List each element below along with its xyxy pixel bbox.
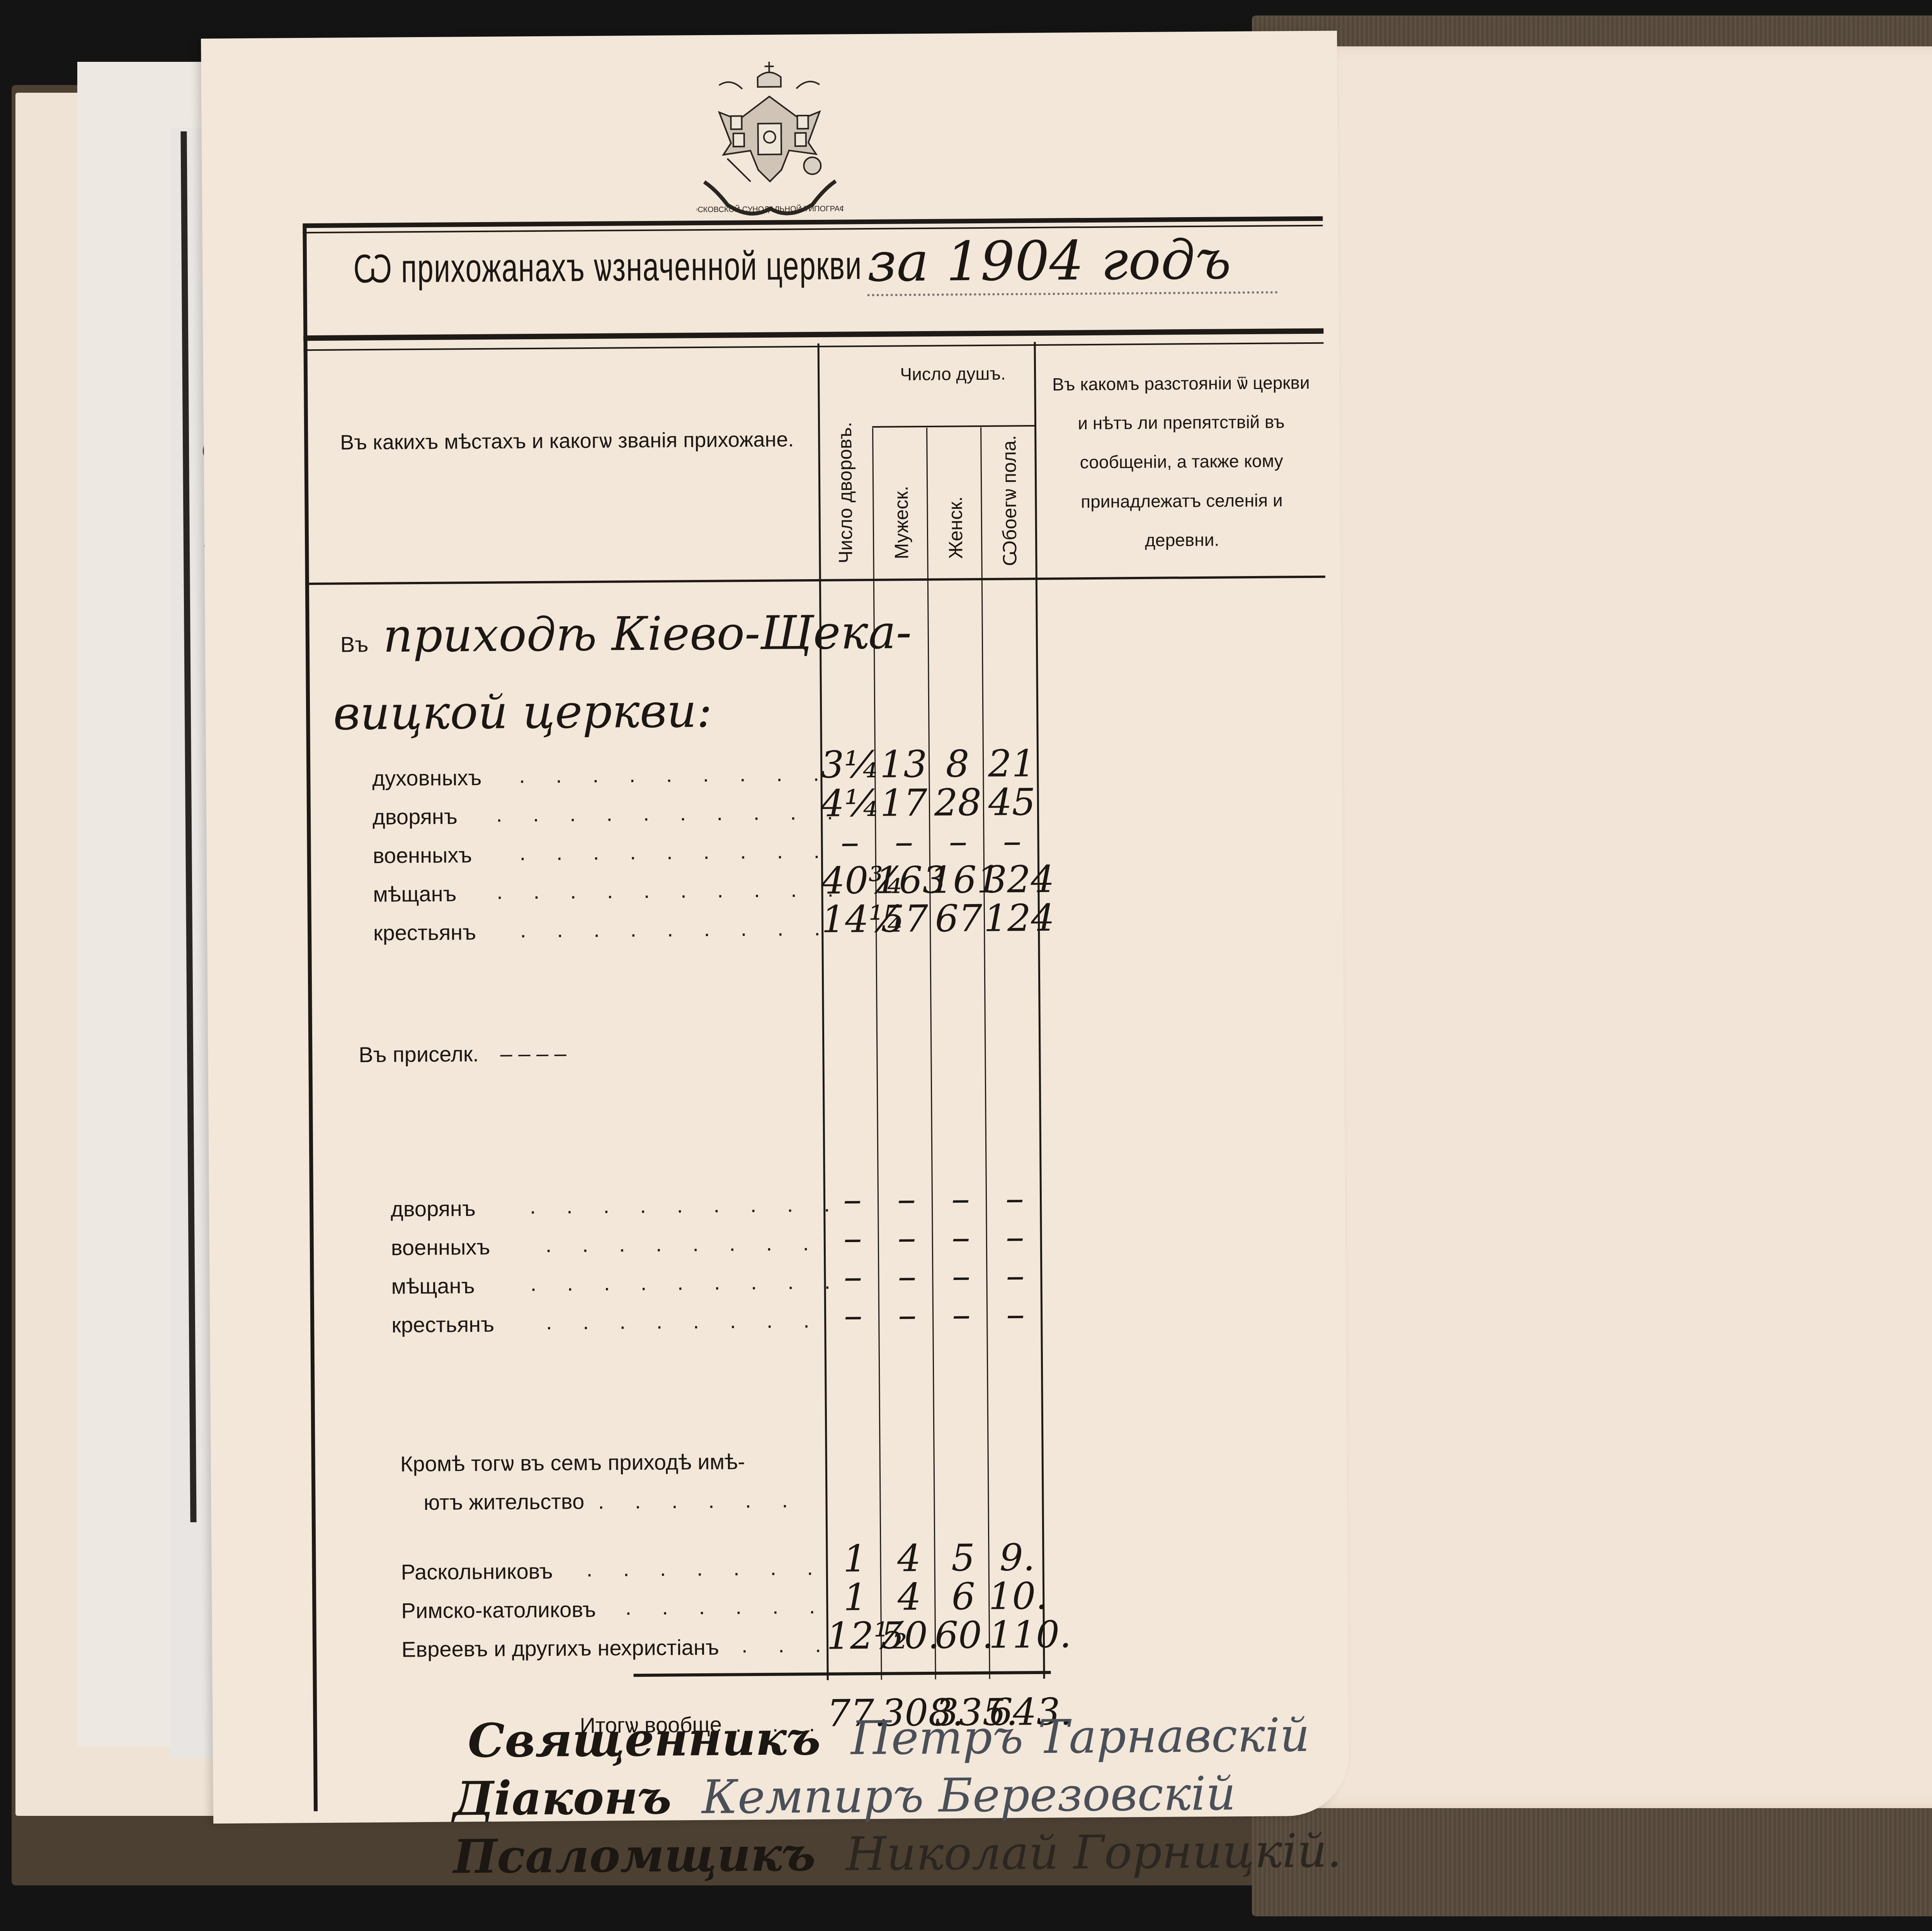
- year-handwritten: за 1904 годъ: [867, 228, 1278, 296]
- parish-name-line-2: вицкой церкви:: [333, 684, 713, 741]
- column-divider: [1034, 342, 1045, 1679]
- souls-subheader-rule: [872, 425, 1034, 428]
- parish-name-line-1: Въ приходѣ Кіево-Щека-: [340, 605, 912, 663]
- column-header-souls: Число душъ.: [872, 357, 1034, 391]
- header-bottom-rule: [309, 576, 1325, 585]
- signature-deacon: Діаконъ Кемпиръ Березовскій: [452, 1766, 1236, 1826]
- others-intro-line-1: Кромѣ тогѡ въ семъ приходѣ имѣ-: [400, 1449, 745, 1476]
- form-title: Ѡ прихожанахъ ѡзначенной церкви: [353, 243, 862, 292]
- column-header-households: Число дворовъ.: [833, 401, 857, 563]
- column-header-distance: Въ какомъ разстояніи ѿ церкви и нѣтъ ли …: [1046, 363, 1318, 561]
- settlement-label: Въ приселк. – – – –: [359, 1040, 566, 1067]
- blank-right-page: [1310, 46, 1932, 1808]
- column-header-male: Мужеск.: [889, 451, 913, 559]
- column-header-places: Въ какихъ мѣстахъ и какогѡ званія прихож…: [323, 421, 811, 462]
- column-header-both: Ѡбоегѡ пола.: [998, 442, 1021, 566]
- others-intro-line-2: ютъ жительство . . . . . .: [423, 1487, 800, 1515]
- signature-priest: Священникъ Петръ Тарнавскій: [468, 1708, 1310, 1768]
- column-header-female: Женск.: [944, 450, 967, 559]
- totals-rule: [634, 1671, 1051, 1677]
- parishioners-table: Въ какихъ мѣстахъ и какогѡ званія прихож…: [308, 340, 1334, 1807]
- double-headed-eagle-icon: МОСКОВСКОЙ СУНОДАЛЬНОЙ ТИПОГРАФІИ.: [696, 53, 844, 217]
- svg-text:МОСКОВСКОЙ СУНОДАЛЬНОЙ ТИПОГРА: МОСКОВСКОЙ СУНОДАЛЬНОЙ ТИПОГРАФІИ.: [696, 204, 844, 214]
- signature-psalmist: Псаломщикъ Николай Горницкій.: [453, 1824, 1342, 1884]
- form-page: МОСКОВСКОЙ СУНОДАЛЬНОЙ ТИПОГРАФІИ. Ѡ при…: [201, 31, 1349, 1823]
- column-divider: [980, 427, 990, 1679]
- column-divider: [926, 428, 936, 1679]
- column-divider: [818, 343, 829, 1680]
